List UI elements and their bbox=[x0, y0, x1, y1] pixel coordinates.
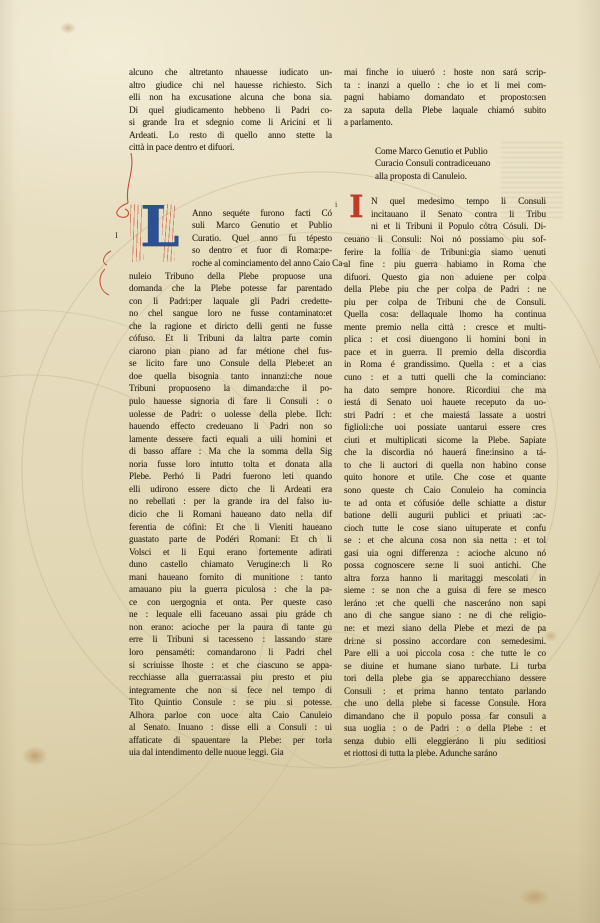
text-line: mani haueano fornito di munitione : tant… bbox=[129, 571, 332, 584]
left-paragraph-2: L I Anno sequéte furono facti Cósuli Mar… bbox=[129, 207, 332, 759]
text-line: doe quella bisognia tanto innanzi:che no… bbox=[129, 370, 332, 383]
text-line: sua uoglia : o de Padri : o della Plebe … bbox=[344, 722, 546, 735]
text-line: alla proposta di Canuleio. bbox=[344, 170, 546, 183]
rubricated-initial-I: I i bbox=[344, 195, 368, 221]
text-line: difuori. Questo gia non aduiene per colp… bbox=[344, 271, 546, 284]
text-line: to che li auctori di quella non habino c… bbox=[344, 459, 546, 472]
text-line: stri Padri : et che maiestá lassate a uo… bbox=[344, 409, 546, 422]
text-line: incitauano il Senato contra li Tribu bbox=[344, 208, 546, 221]
illuminated-initial-L: L I bbox=[129, 207, 187, 258]
text-line: uia dal intendimento delle nuoue leggi. … bbox=[129, 746, 332, 759]
text-line: za saputa della Plebe laquale chiamó sub… bbox=[344, 104, 546, 117]
guide-letter: I bbox=[115, 229, 118, 242]
text-line: duno castello chiamato Verugine:ch li Ro bbox=[129, 558, 332, 571]
text-line: se diuine et humane siano turbate. Li tu… bbox=[344, 660, 546, 673]
foxing-spot bbox=[60, 22, 76, 34]
text-line: noria fusse loro intutto tolta et donata… bbox=[129, 458, 332, 471]
text-line: mente premio nella città : cresce et mul… bbox=[344, 321, 546, 334]
text-line: si grande Ira et sdegnio come li Aricini… bbox=[129, 116, 332, 129]
text-line: in Roma é grandissimo. Quella : et a cia… bbox=[344, 358, 546, 371]
text-line: erre li Tribuni si tacesseno : lassando … bbox=[129, 633, 332, 646]
text-line: Curacio Consuli contradiceuano bbox=[344, 157, 546, 170]
text-line: Plebe. Perhó li Padri fuerono leti quand… bbox=[129, 470, 332, 483]
right-paragraph-2: I i N quel medesimo tempo li Consuliinci… bbox=[344, 195, 546, 760]
text-line: ciarono pian piano ad far métione chel f… bbox=[129, 345, 332, 358]
text-line: al Senato. Inuano : disse elli a Consuli… bbox=[129, 721, 332, 734]
initial-letter: I bbox=[349, 192, 363, 223]
text-line: lamente dessere facti equali a uili homi… bbox=[129, 433, 332, 446]
text-line: ciuti et multiplicati sicome la Plebe. S… bbox=[344, 434, 546, 447]
text-line: Tribuni propuoseno la dimanda:che il po- bbox=[129, 382, 332, 395]
text-line: piu per colpa de Tribuni che de Consuli. bbox=[344, 296, 546, 309]
text-line: plica : et cosi diuengono li homini boni… bbox=[344, 333, 546, 346]
text-line: dicio che li Romani haueano dato nella d… bbox=[129, 508, 332, 521]
text-line: iestá di Senato uoi hauete receputo da u… bbox=[344, 396, 546, 409]
text-line: quito honore et utile. Che cose et quant… bbox=[344, 471, 546, 484]
text-line: elli udirono essere dicto che li Ardeati… bbox=[129, 483, 332, 496]
text-line: N quel medesimo tempo li Consuli bbox=[344, 195, 546, 208]
text-line: no chel sangue loro ne fusse contaminato… bbox=[129, 307, 332, 320]
text-line: ce con uergognia et onta. Per queste cas… bbox=[129, 596, 332, 609]
chapter-heading: Come Marco Genutio et PublioCuracio Cons… bbox=[344, 145, 546, 183]
text-line: alcuno che altretanto nhauesse iudicato … bbox=[129, 66, 332, 79]
text-line: domanda che la Plebe potesse far parenta… bbox=[129, 282, 332, 295]
text-line: sono queste ch Caio Conuleio ha comincia bbox=[344, 484, 546, 497]
text-line: Quella cosa: dellaquale lhomo ha continu… bbox=[344, 308, 546, 321]
text-line: Consuli : et prima hanno tentato parland… bbox=[344, 685, 546, 698]
text-line: gasi uia ogni differenza : acioche alcun… bbox=[344, 547, 546, 560]
text-line: ne: et mezi siano della Plebe et mezi de… bbox=[344, 622, 546, 635]
text-line: che la discordia nó hauerá fine:insino a… bbox=[344, 446, 546, 459]
foxing-spot bbox=[544, 630, 558, 642]
right-column: mai finche io uiueró : hoste non sará sc… bbox=[344, 66, 546, 760]
text-line: non erano: acioche per la paura di tante… bbox=[129, 621, 332, 634]
text-line: Di quel giudicamento hebbeno li Padri co… bbox=[129, 104, 332, 117]
text-line: si scriuisse lhoste : et che ciascuno se… bbox=[129, 659, 332, 672]
guide-letter: i bbox=[335, 199, 337, 212]
text-line: amauano piu la guerra piculosa : che la … bbox=[129, 583, 332, 596]
text-line: te ad onta et cófusióe delle schiatte a … bbox=[344, 497, 546, 510]
text-line: possa cognoscere se:ne li suoi antichi. … bbox=[344, 559, 546, 572]
text-line: Volsci et li Equi erano fortemente adira… bbox=[129, 546, 332, 559]
text-line: cioch tutte le cose siano uituperate et … bbox=[344, 522, 546, 535]
text-line: loro pensaméti: comandarono li Padri che… bbox=[129, 646, 332, 659]
text-line: ferire la follia de Tribuni:gia siamo ue… bbox=[344, 246, 546, 259]
foxing-spot bbox=[22, 746, 48, 766]
text-line: no rebellati : per la grande ira del fal… bbox=[129, 495, 332, 508]
text-line: senza dubio elli eleggieráno li piu sedi… bbox=[344, 735, 546, 748]
text-line: figlioli:che uoi possiate uantarui esser… bbox=[344, 421, 546, 434]
text-line: ta : inanzi a quello : che io et li mei … bbox=[344, 79, 546, 92]
text-line: batione delli augurii publici et priuati… bbox=[344, 509, 546, 522]
text-line: hauendo effecto credeuano li Padri non s… bbox=[129, 420, 332, 433]
text-line: pace et in guerra. Il premio della disco… bbox=[344, 346, 546, 359]
text-line: ceuano li Consuli: Noi nó possiamo piu s… bbox=[344, 233, 546, 246]
text-line: se : et che alcuna cosa non sia netta : … bbox=[344, 534, 546, 547]
text-line: integramente che non si fece nel tempo d… bbox=[129, 684, 332, 697]
text-line: affaticate di spauentare la Plebe: per t… bbox=[129, 734, 332, 747]
text-line: tori della plebe gia se apparecchiano de… bbox=[344, 672, 546, 685]
text-line: elli non ha excusatione alcuna che bona … bbox=[129, 91, 332, 104]
text-line: al fine : piu guerra habiamo in Roma che bbox=[344, 258, 546, 271]
text-line: cuno : et a tutti quelli che la comincia… bbox=[344, 371, 546, 384]
text-line: pulo hauesse signoria di fare li Consuli… bbox=[129, 395, 332, 408]
left-paragraph-1: alcuno che altretanto nhauesse iudicato … bbox=[129, 66, 332, 154]
text-line: ne : lequale elli faceuano assai piu grá… bbox=[129, 608, 332, 621]
text-line: Alhora parloe con uoce alta Caio Canulei… bbox=[129, 709, 332, 722]
text-line: che uno della plebe si facesse Consule. … bbox=[344, 697, 546, 710]
text-line: nuleio Tribuno della Plebe propuose una bbox=[129, 270, 332, 283]
text-line: a parlamento. bbox=[344, 116, 546, 129]
right-paragraph-1: mai finche io uiueró : hoste non sará sc… bbox=[344, 66, 546, 129]
text-line: et riottosi di tutta la plebe. Adunche s… bbox=[344, 747, 546, 760]
text-line: dri:ne si possino accordare con semedesi… bbox=[344, 635, 546, 648]
text-line: con li Padri:per laquale gli Padri crede… bbox=[129, 295, 332, 308]
text-line: se licito fare uno Consule della Plebe:e… bbox=[129, 357, 332, 370]
text-line: della Plebe piu che per colpa de Padri :… bbox=[344, 283, 546, 296]
foxing-spot bbox=[520, 888, 550, 906]
text-line: leráno :et che quelli che nasceráno non … bbox=[344, 597, 546, 610]
text-line: cófuso. Et li Tribuni da laltra parte co… bbox=[129, 332, 332, 345]
left-column: alcuno che altretanto nhauesse iudicato … bbox=[129, 66, 332, 759]
text-line: guastato parte de Podéri Romani: Et ch l… bbox=[129, 533, 332, 546]
text-line: Pare elli a uoi piccola cosa : che tutte… bbox=[344, 647, 546, 660]
text-line: recchiasse alla guerra:assai piu presto … bbox=[129, 671, 332, 684]
text-line: sieme : se non che a guisa di fere se me… bbox=[344, 584, 546, 597]
text-line: Ardeati. Lo resto di quello anno stette … bbox=[129, 129, 332, 142]
text-line: altro giudice chi nel hauesse richiesto.… bbox=[129, 79, 332, 92]
text-line: di basso affare : Ma che la somma della … bbox=[129, 445, 332, 458]
text-line: pagni habiamo domandato et proposto:sen bbox=[344, 91, 546, 104]
text-line: Come Marco Genutio et Publio bbox=[344, 145, 546, 158]
text-line: mai finche io uiueró : hoste non sará sc… bbox=[344, 66, 546, 79]
text-line: ni et li Tribuni il Populo cótra Cósuli.… bbox=[344, 220, 546, 233]
text-line: ha dato sempre honore. Ricordiui che ma bbox=[344, 384, 546, 397]
text-line: ano di che sangue siano : ne di che reli… bbox=[344, 609, 546, 622]
text-line: che la ragione et diricto delli genti ne… bbox=[129, 320, 332, 333]
text-line: dimandano che il populo possa far consul… bbox=[344, 710, 546, 723]
text-line: ferentia de cófini: Et che li Vieniti ha… bbox=[129, 521, 332, 534]
text-line: città in pace dentro et difuori. bbox=[129, 141, 332, 154]
text-line: Tito Quintio Consule : se piu si potesse… bbox=[129, 696, 332, 709]
initial-letter: L bbox=[140, 199, 179, 255]
text-line: altra forza hanno li maritaggi mescolati… bbox=[344, 572, 546, 585]
text-line: uolesse de Padri: o uolesse della plebe.… bbox=[129, 408, 332, 421]
scanned-book-page: alcuno che altretanto nhauesse iudicato … bbox=[0, 0, 600, 923]
